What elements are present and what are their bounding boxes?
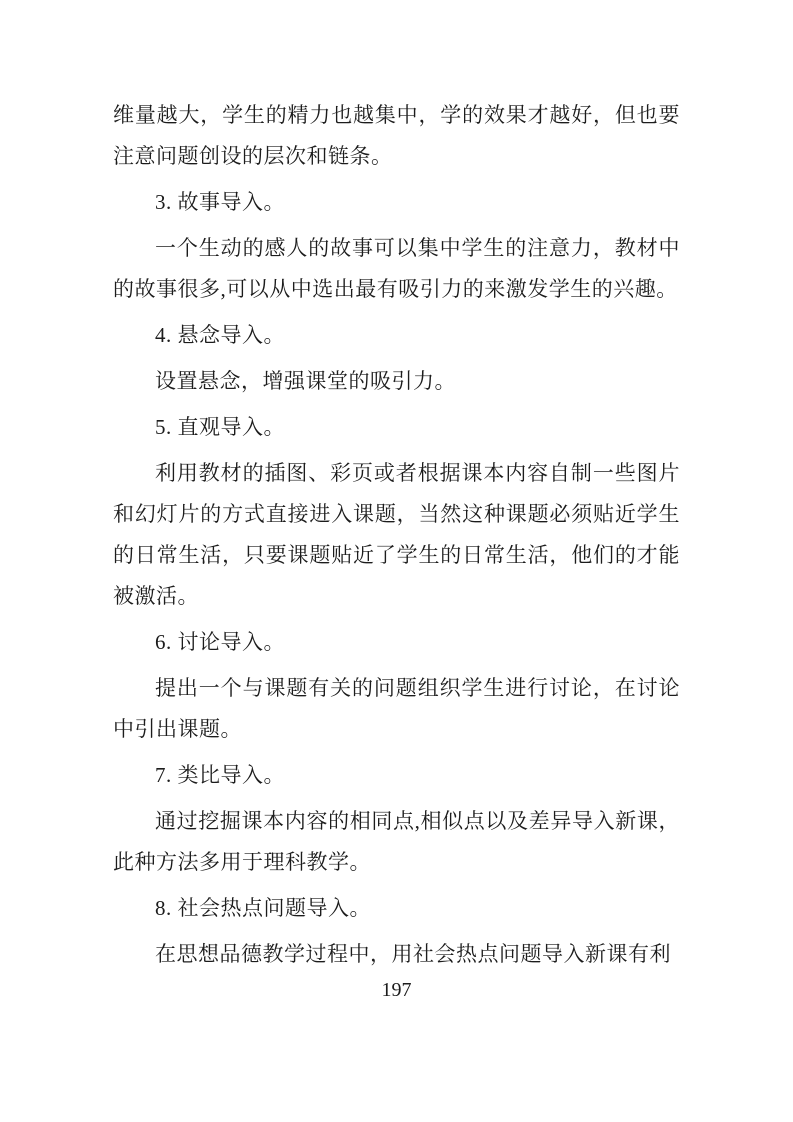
body-paragraph: 提出一个与课题有关的问题组织学生进行讨论，在讨论中引出课题。: [113, 668, 680, 750]
numbered-heading-6: 6. 讨论导入。: [113, 622, 680, 663]
numbered-heading-3: 3. 故事导入。: [113, 182, 680, 223]
body-paragraph: 维量越大，学生的精力也越集中，学的效果才越好，但也要注意问题创设的层次和链条。: [113, 95, 680, 177]
body-paragraph: 利用教材的插图、彩页或者根据课本内容自制一些图片和幻灯片的方式直接进入课题，当然…: [113, 453, 680, 617]
numbered-heading-4: 4. 悬念导入。: [113, 315, 680, 356]
numbered-heading-5: 5. 直观导入。: [113, 407, 680, 448]
numbered-heading-8: 8. 社会热点问题导入。: [113, 888, 680, 929]
document-page: 维量越大，学生的精力也越集中，学的效果才越好，但也要注意问题创设的层次和链条。 …: [0, 0, 793, 1122]
page-number: 197: [0, 978, 793, 1002]
body-paragraph: 设置悬念，增强课堂的吸引力。: [113, 361, 680, 402]
body-paragraph: 一个生动的感人的故事可以集中学生的注意力，教材中的故事很多,可以从中选出最有吸引…: [113, 228, 680, 310]
numbered-heading-7: 7. 类比导入。: [113, 755, 680, 796]
body-paragraph: 通过挖掘课本内容的相同点,相似点以及差异导入新课，此种方法多用于理科教学。: [113, 801, 680, 883]
body-paragraph: 在思想品德教学过程中，用社会热点问题导入新课有利: [113, 934, 680, 975]
page-body-text: 维量越大，学生的精力也越集中，学的效果才越好，但也要注意问题创设的层次和链条。 …: [113, 95, 680, 980]
